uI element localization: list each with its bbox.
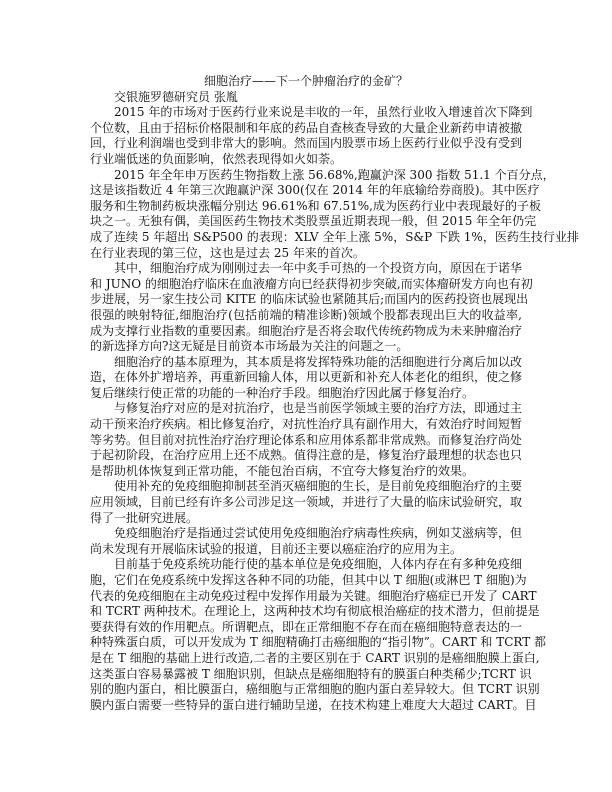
text-line: 得了一批研究进展。 [90,511,522,527]
text-line: 与修复治疗对应的是对抗治疗，也是当前医学领域主要的治疗方法，即通过主 [90,401,522,417]
text-line: 于起初阶段，在治疗应用上还不成熟。值得注意的是，修复治疗最理想的状态也只 [90,448,522,464]
text-line: 别的胞内蛋白，相比膜蛋白，癌细胞与正常细胞的胞内蛋白差异较大。但 TCRT 识别 [90,682,522,698]
text-line: 很强的映射特征,细胞治疗(包括前端的精准诊断)领域个股都表现出巨大的收益率, [90,308,522,324]
paragraph-cell-therapy-investment: 其中，细胞治疗成为刚刚过去一年中炙手可热的一个投资方向，原因在于诺华 和 JUN… [90,261,522,355]
text-line: 这是该指数近 4 年第三次跑赢沪深 300(仅在 2014 年的年底输给券商股)… [90,183,522,199]
text-line: 是在 T 细胞的基础上进行改造,二者的主要区别在于 CART 识别的是癌细胞膜上… [90,651,522,667]
text-line: 动干预来治疗疾病。相比修复治疗，对抗性治疗具有副作用大，有效治疗时间短暂 [90,417,522,433]
document-title: 细胞治疗——下一个肿瘤治疗的金矿？ [90,74,522,90]
text-line: 2015 年的市场对于医药行业来说是丰收的一年，虽然行业收入增速首次下降到 [90,105,522,121]
text-line: 服务和生物制药板块涨幅分别达 96.61%和 67.51%,成为医药行业中表现最… [90,199,522,215]
text-line: 成了连续 5 年超出 S&P500 的表现：XLV 全年上涨 5%，S&P 下跌… [90,230,522,246]
text-line: 和 TCRT 两种技术。在理论上，这两种技术均有彻底根治癌症的技术潜力，但前提是 [90,604,522,620]
text-line: 块之一。无独有偶，美国医药生物技术类股票虽近期表现一般，但 2015 年全年仍完 [90,214,522,230]
text-line: 行业端低迷的负面影响，依然表现得如火如荼。 [90,152,522,168]
text-line: 是帮助机体恢复到正常功能，不能包治百病，不宜夸大修复治疗的效果。 [90,464,522,480]
text-line: 细胞治疗的基本原理为，其本质是将发挥特殊功能的活细胞进行分离后加以改 [90,355,522,371]
text-line: 免疫细胞治疗是指通过尝试使用免疫细胞治疗病毒性疾病，例如艾滋病等，但 [90,526,522,542]
document-page: 细胞治疗——下一个肿瘤治疗的金矿？ 交银施罗德研究员 张胤 2015 年的市场对… [90,74,522,713]
text-line: 目前基于免疫系统功能行使的基本单位是免疫细胞，人体内存在有多种免疫细 [90,557,522,573]
text-line: 胞，它们在免疫系统中发挥这各种不同的功能，但其中以 T 细胞(或淋巴 T 细胞)… [90,573,522,589]
text-line: 其中，细胞治疗成为刚刚过去一年中炙手可热的一个投资方向，原因在于诺华 [90,261,522,277]
text-line: 膜内蛋白需要一些特异的蛋白进行辅助呈递，在技术构建上难度大大超过 CART。目 [90,698,522,714]
text-line: 和 JUNO 的细胞治疗临床在血液瘤方向已经获得初步突破,而实体瘤研发方向也有初 [90,277,522,293]
text-line: 成为支撑行业指数的重要因素。细胞治疗是否将会取代传统药物成为未来肿瘤治疗 [90,324,522,340]
paragraph-immune-cell-application: 使用补充的免疫细胞抑制甚至消灭癌细胞的生长，是目前免疫细胞治疗的主要 应用领域，… [90,479,522,526]
text-line: 在行业表现的第三位，这也是过去 25 年来的首次。 [90,246,522,262]
paragraph-antagonistic-therapy: 与修复治疗对应的是对抗治疗，也是当前医学领域主要的治疗方法，即通过主 动干预来治… [90,401,522,479]
text-line: 造，在体外扩增培养，再重新回输人体，用以更新和补充人体老化的组织，使之修 [90,370,522,386]
text-line: 步进展，另一家生技公司 KITE 的临床试验也紧随其后;而国内的医药投资也展现出 [90,292,522,308]
text-line: 回，行业利润端也受到非常大的影响。然而国内股票市场上医药行业似乎没有受到 [90,136,522,152]
text-line: 代表的免疫细胞在主动免疫过程中发挥作用最为关键。细胞治疗癌症已开发了 CART [90,589,522,605]
text-line: 2015 年全年申万医药生物指数上涨 56.68%,跑赢沪深 300 指数 51… [90,168,522,184]
paragraph-viral-disease: 免疫细胞治疗是指通过尝试使用免疫细胞治疗病毒性疾病，例如艾滋病等，但 尚未发现有… [90,526,522,557]
text-line: 个位数，且由于招标价格限制和年底的药品自查核查导致的大量企业新药申请被撤 [90,121,522,137]
text-line: 使用补充的免疫细胞抑制甚至消灭癌细胞的生长，是目前免疫细胞治疗的主要 [90,479,522,495]
text-line: 复后继续行使正常的功能的一种治疗手段。细胞治疗因此属于修复治疗。 [90,386,522,402]
paragraph-market-overview: 2015 年的市场对于医药行业来说是丰收的一年，虽然行业收入增速首次下降到 个位… [90,105,522,167]
document-author: 交银施罗德研究员 张胤 [90,90,522,106]
text-line: 等劣势。但目前对抗性治疗治疗理论体系和应用体系都非常成熟。而修复治疗尚处 [90,433,522,449]
text-line: 要获得有效的作用靶点。所谓靶点，即在正常细胞不存在而在癌细胞特意表达的一 [90,620,522,636]
text-line: 应用领域，目前已经有许多公司涉足这一领域，并进行了大量的临床试验研究，取 [90,495,522,511]
text-line: 尚未发现有开展临床试验的报道，目前还主要以癌症治疗的应用为主。 [90,542,522,558]
paragraph-basic-principle: 细胞治疗的基本原理为，其本质是将发挥特殊功能的活细胞进行分离后加以改 造，在体外… [90,355,522,402]
paragraph-cart-tcrt: 目前基于免疫系统功能行使的基本单位是免疫细胞，人体内存在有多种免疫细 胞，它们在… [90,557,522,713]
text-line: 种特殊蛋白质，可以开发成为 T 细胞精确打击癌细胞的“指引物”。CART 和 T… [90,635,522,651]
text-line: 的新选择方向?这无疑是目前资本市场最为关注的问题之一。 [90,339,522,355]
text-line: 这类蛋白容易暴露被 T 细胞识别，但缺点是癌细胞特有的膜蛋白种类稀少;TCRT … [90,667,522,683]
paragraph-index-performance: 2015 年全年申万医药生物指数上涨 56.68%,跑赢沪深 300 指数 51… [90,168,522,262]
